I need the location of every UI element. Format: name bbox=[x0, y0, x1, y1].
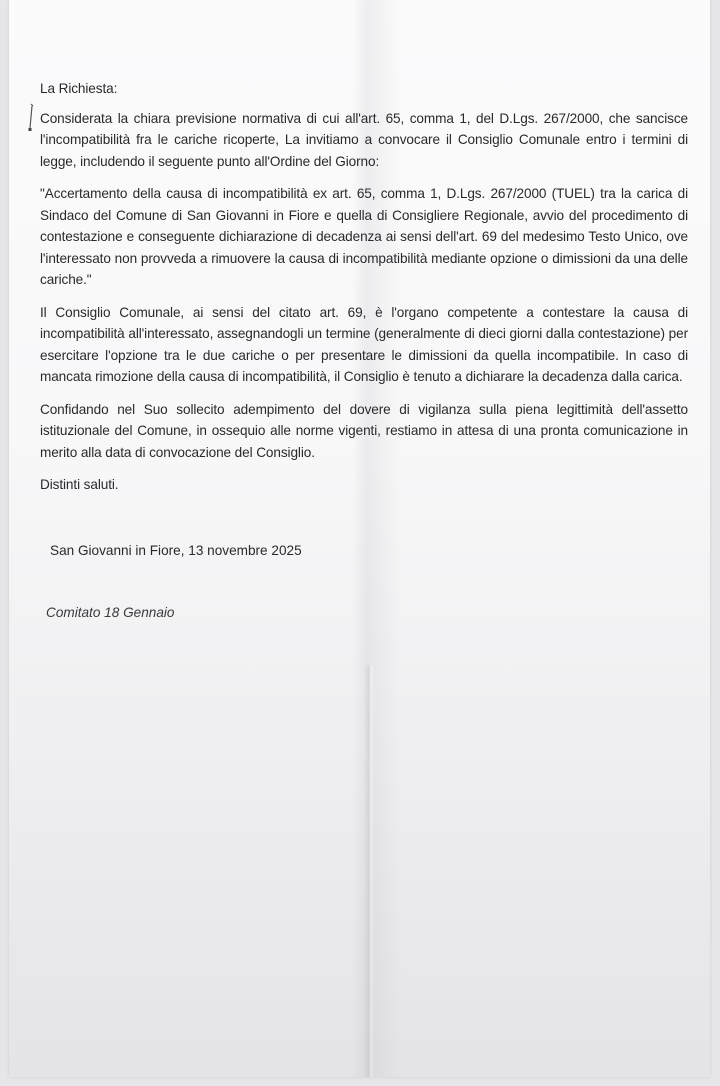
paragraph-closing: Confidando nel Suo sollecito adempimento… bbox=[40, 399, 688, 464]
paragraph-agenda-item: "Accertamento della causa di incompatibi… bbox=[40, 183, 688, 291]
signature: Comitato 18 Gennaio bbox=[46, 605, 174, 620]
paragraph-salutation: Distinti saluti. bbox=[40, 474, 688, 496]
place-date: San Giovanni in Fiore, 13 novembre 2025 bbox=[50, 543, 302, 558]
letter-body: La Richiesta: Considerata la chiara prev… bbox=[40, 78, 688, 507]
section-heading: La Richiesta: bbox=[40, 78, 688, 100]
paper-sheet: La Richiesta: Considerata la chiara prev… bbox=[9, 0, 710, 1077]
paragraph-request: Considerata la chiara previsione normati… bbox=[40, 108, 688, 173]
photo-frame: La Richiesta: Considerata la chiara prev… bbox=[0, 0, 720, 1086]
paragraph-procedure: Il Consiglio Comunale, ai sensi del cita… bbox=[40, 302, 688, 388]
fold-crease bbox=[364, 665, 374, 1077]
staple-mark-icon bbox=[27, 102, 35, 134]
